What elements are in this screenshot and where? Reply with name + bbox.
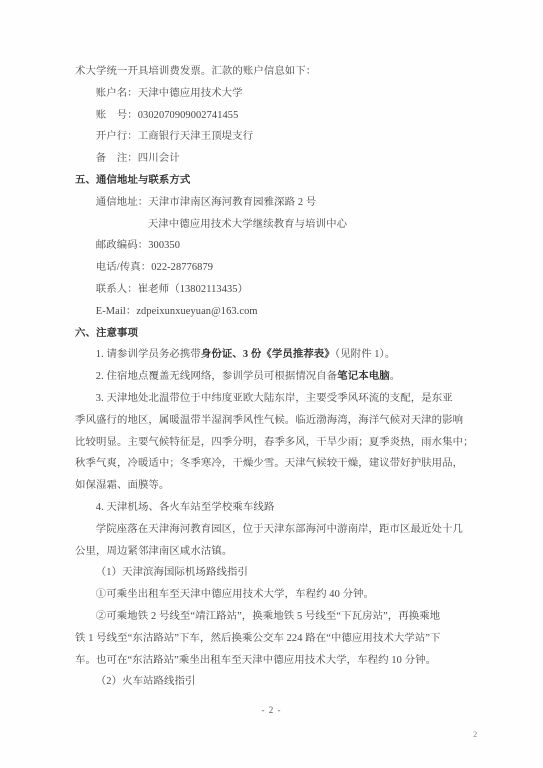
document-line: 2. 住宿地点覆盖无线网络，参训学员可根据情况自备笔记本电脑。 [75,366,475,388]
document-text: 秋季气爽，冷暖适中；冬季寒冷，干燥少雪。天津气候较干燥，建议带好护肤用品， [75,458,463,469]
document-line: 4. 天津机场、各火车站至学校乘车线路 [75,497,475,519]
document-text: 术大学统一开具培训费发票。汇款的账户信息如下： [75,66,316,77]
corner-page-number: 2 [473,729,477,739]
document-text: E-Mail：zdpeixunxueyuan@163.com [96,306,258,317]
document-text: 铁 1 号线至“东沽路站”下车，然后换乘公交车 224 路在“中德应用技术大学站… [75,633,441,644]
document-text: 天津中德应用技术大学继续教育与培训中心 [148,219,347,230]
document-line: 季风盛行的地区，属暖温带半湿润季风性气候。临近渤海湾，海洋气候对天津的影响 [75,410,475,432]
document-line: 1. 请参训学员务必携带身份证、3 份《学员推荐表》（见附件 1）。 [75,344,475,366]
document-text: 季风盛行的地区，属暖温带半湿润季风性气候。临近渤海湾，海洋气候对天津的影响 [75,415,463,426]
document-line: 通信地址：天津市津南区海河教育园雅深路 2 号 [75,192,475,214]
document-text: 。 [390,371,401,382]
document-line: 备 注：四川会计 [75,148,475,170]
document-text: （2）火车站路线指引 [96,676,196,687]
document-text-bold: 六、注意事项 [75,328,138,339]
document-line: 六、注意事项 [75,323,475,345]
document-text: 账户名：天津中德应用技术大学 [96,88,243,99]
document-line: ②可乘地铁 2 号线至“靖江路站”，换乘地铁 5 号线至“下瓦房站”，再换乘地 [75,606,475,628]
document-text: 3. 天津地处北温带位于中纬度亚欧大陆东岸，主要受季风环流的支配，是东亚 [96,393,453,404]
document-text: ①可乘坐出租车至天津中德应用技术大学，车程约 40 分钟。 [96,589,374,600]
document-text: （见附件 1）。 [335,349,396,360]
document-text: 4. 天津机场、各火车站至学校乘车线路 [96,502,275,513]
document-text: 比较明显。主要气候特征是，四季分明，春季多风，干旱少雨；夏季炎热，雨水集中； [75,437,474,448]
footer-page-number: - 2 - [0,705,543,715]
document-text-bold: 身份证、3 份《学员推荐表》 [201,349,335,360]
document-text: 通信地址：天津市津南区海河教育园雅深路 2 号 [96,197,317,208]
document-line: 秋季气爽，冷暖适中；冬季寒冷，干燥少雪。天津气候较干燥，建议带好护肤用品， [75,453,475,475]
document-line: 五、通信地址与联系方式 [75,170,475,192]
document-line: 联系人：崔老师（13802113435） [75,279,475,301]
document-body: 术大学统一开具培训费发票。汇款的账户信息如下：账户名：天津中德应用技术大学账 号… [75,61,475,693]
document-line: 车。也可在“东沽路站”乘坐出租车至天津中德应用技术大学，车程约 10 分钟。 [75,650,475,672]
document-line: 开户行：工商银行天津王顶堤支行 [75,126,475,148]
document-text: 学院座落在天津海河教育园区，位于天津东部海河中游南岸，距市区最近处十几 [96,524,463,535]
document-text: （1）天津滨海国际机场路线指引 [96,567,248,578]
document-line: 学院座落在天津海河教育园区，位于天津东部海河中游南岸，距市区最近处十几 [75,519,475,541]
document-line: 比较明显。主要气候特征是，四季分明，春季多风，干旱少雨；夏季炎热，雨水集中； [75,432,475,454]
document-line: 天津中德应用技术大学继续教育与培训中心 [75,214,475,236]
document-line: 公里，周边紧邻津南区咸水沽镇。 [75,541,475,563]
document-line: ①可乘坐出租车至天津中德应用技术大学，车程约 40 分钟。 [75,584,475,606]
document-page: 术大学统一开具培训费发票。汇款的账户信息如下：账户名：天津中德应用技术大学账 号… [0,0,543,768]
document-text: ②可乘地铁 2 号线至“靖江路站”，换乘地铁 5 号线至“下瓦房站”，再换乘地 [96,611,440,622]
document-line: （2）火车站路线指引 [75,671,475,693]
document-line: 邮政编码：300350 [75,235,475,257]
document-text: 2. 住宿地点覆盖无线网络，参训学员可根据情况自备 [96,371,337,382]
document-line: 电话/传真：022-28776879 [75,257,475,279]
document-line: （1）天津滨海国际机场路线指引 [75,562,475,584]
document-text: 邮政编码：300350 [96,240,180,251]
document-text: 开户行：工商银行天津王顶堤支行 [96,131,253,142]
document-text: 联系人：崔老师（13802113435） [96,284,248,295]
document-text: 备 注：四川会计 [96,153,180,164]
document-text: 公里，周边紧邻津南区咸水沽镇。 [75,546,232,557]
document-text: 车。也可在“东沽路站”乘坐出租车至天津中德应用技术大学，车程约 10 分钟。 [75,655,436,666]
document-line: 账户名：天津中德应用技术大学 [75,83,475,105]
document-text-bold: 五、通信地址与联系方式 [75,175,190,186]
document-line: 铁 1 号线至“东沽路站”下车，然后换乘公交车 224 路在“中德应用技术大学站… [75,628,475,650]
document-text: 电话/传真：022-28776879 [96,262,213,273]
document-text: 账 号：0302070909002741455 [96,110,239,121]
document-line: 账 号：0302070909002741455 [75,105,475,127]
document-text: 1. 请参训学员务必携带 [96,349,201,360]
document-line: 术大学统一开具培训费发票。汇款的账户信息如下： [75,61,475,83]
document-text-bold: 笔记本电脑 [337,371,389,382]
document-line: E-Mail：zdpeixunxueyuan@163.com [75,301,475,323]
document-line: 3. 天津地处北温带位于中纬度亚欧大陆东岸，主要受季风环流的支配，是东亚 [75,388,475,410]
document-line: 如保湿霜、面膜等。 [75,475,475,497]
document-text: 如保湿霜、面膜等。 [75,480,169,491]
